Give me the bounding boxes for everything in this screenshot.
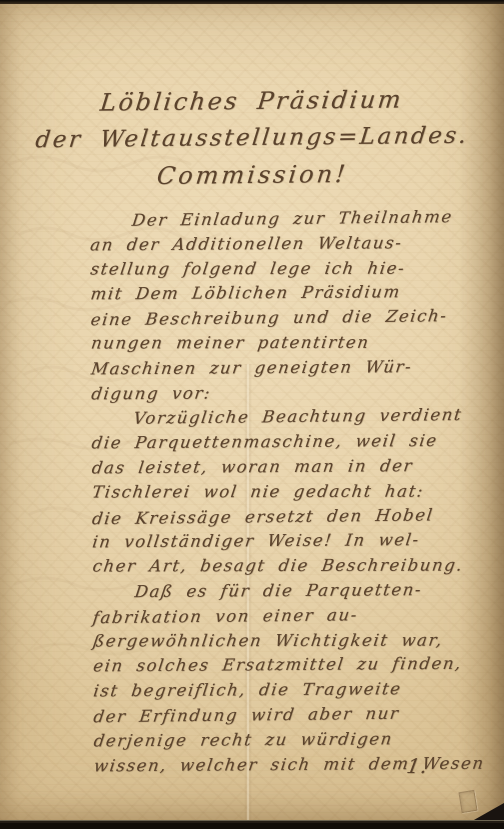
handwritten-line: ein solches Ersatzmittel zu finden, [92,652,491,680]
handwritten-line: Der Einladung zur Theilnahme [88,205,487,234]
heading-line: Commission! [0,154,504,196]
embossed-stamp [458,790,477,813]
document-scan: Löbliches Präsidium der Weltausstellungs… [0,0,504,829]
handwritten-line: das leistet, woran man in der [90,454,489,482]
handwritten-line: ßergewöhnlichen Wichtigkeit war, [91,628,490,654]
paper-page: Löbliches Präsidium der Weltausstellungs… [0,4,504,820]
handwritten-line: die Parquettenmaschine, weil sie [90,429,489,457]
letter-body: Der Einladung zur Theilnahme an der Addi… [90,206,490,779]
handwritten-line: Maschinen zur geneigten Wür- [89,354,488,382]
scan-edge-bottom [0,820,504,829]
handwritten-line: in vollständiger Weise! In wel- [91,528,490,556]
handwritten-line: Daß es für die Parquetten- [91,578,490,606]
handwritten-line: cher Art, besagt die Beschreibung. [91,554,490,580]
letter-heading: Löbliches Präsidium der Weltausstellungs… [0,80,504,196]
handwritten-line: der Erfindung wird aber nur [92,701,491,730]
scan-edge-top [0,0,504,4]
handwritten-line: fabrikation von einer au- [91,601,490,630]
handwritten-line: Tischlerei wol nie gedacht hat: [90,479,489,505]
handwritten-line: eine Beschreibung und die Zeich- [89,304,488,333]
handwritten-line: nungen meiner patentirten [89,330,488,356]
handwritten-line: an der Additionellen Weltaus- [89,230,488,258]
heading-line: der Weltausstellungs=Landes. [0,117,504,159]
handwritten-line: wissen, welcher sich mit dem Wesen [92,751,491,779]
handwritten-line: derjenige recht zu würdigen [92,726,491,754]
handwritten-line: stellung folgend lege ich hie- [89,256,488,282]
page-number: 1. [405,754,430,778]
handwritten-line: ist begreiflich, die Tragweite [92,677,491,705]
heading-line: Löbliches Präsidium [0,80,504,122]
